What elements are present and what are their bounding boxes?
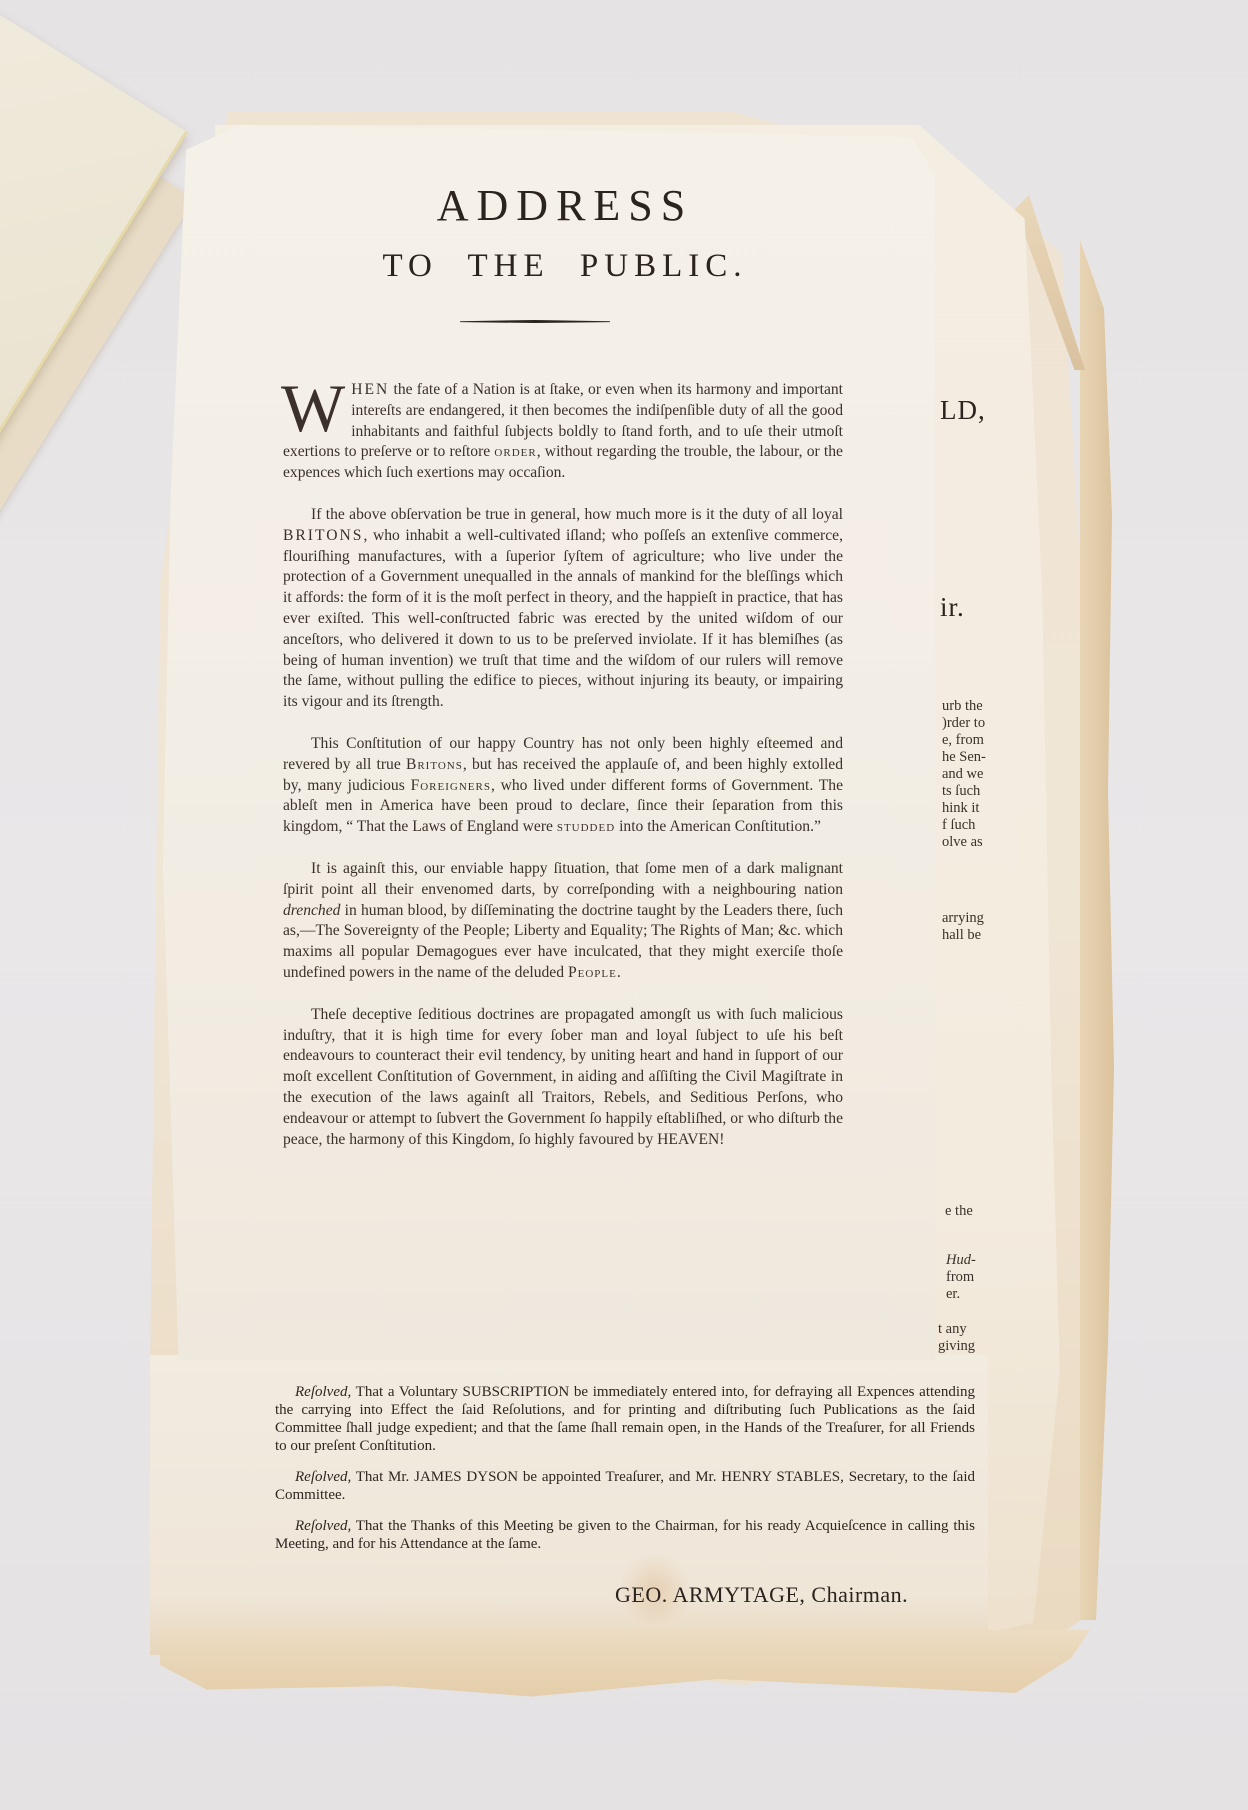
resolution: Reſolved, That Mr. JAMES DYSON be appoin… [275,1468,975,1504]
paragraph-2: If the above obſervation be true in gene… [283,505,843,713]
back-text-fragments: Hud- from er. [946,1252,1006,1303]
back-text-fragments: arrying hall be [942,910,1002,944]
document-subtitle: TO THE PUBLIC. [290,248,840,285]
back-text-fragments: e the [945,1203,1005,1220]
resolutions: Reſolved, That a Voluntary SUBSCRIPTION … [275,1383,975,1566]
signature: GEO. ARMYTAGE, Chairman. [615,1582,908,1608]
drop-cap: W [281,380,345,436]
torn-right-edge [1080,240,1120,1620]
back-text-fragments: urb the )rder to e, from he Sen- and we … [942,698,1002,851]
document-title: ADDRESS [290,180,840,231]
paragraph-4: It is againſt this, our enviable happy ſ… [283,859,843,984]
resolution: Reſolved, That a Voluntary SUBSCRIPTION … [275,1383,975,1455]
paragraph-1: WHEN the fate of a Nation is at ſtake, o… [283,380,843,484]
back-heading-fragment: ir. [940,592,965,623]
paragraph-5: Theſe deceptive ſeditious doctrines are … [283,1005,843,1151]
address-body: WHEN the fate of a Nation is at ſtake, o… [283,380,843,1150]
paragraph-3: This Conſtitution of our happy Country h… [283,734,843,838]
curled-bottom-edge [160,1630,1090,1700]
back-heading-fragment: LD, [940,395,986,426]
back-text-fragments: t any giving [938,1321,998,1355]
resolution: Reſolved, That the Thanks of this Meetin… [275,1517,975,1553]
